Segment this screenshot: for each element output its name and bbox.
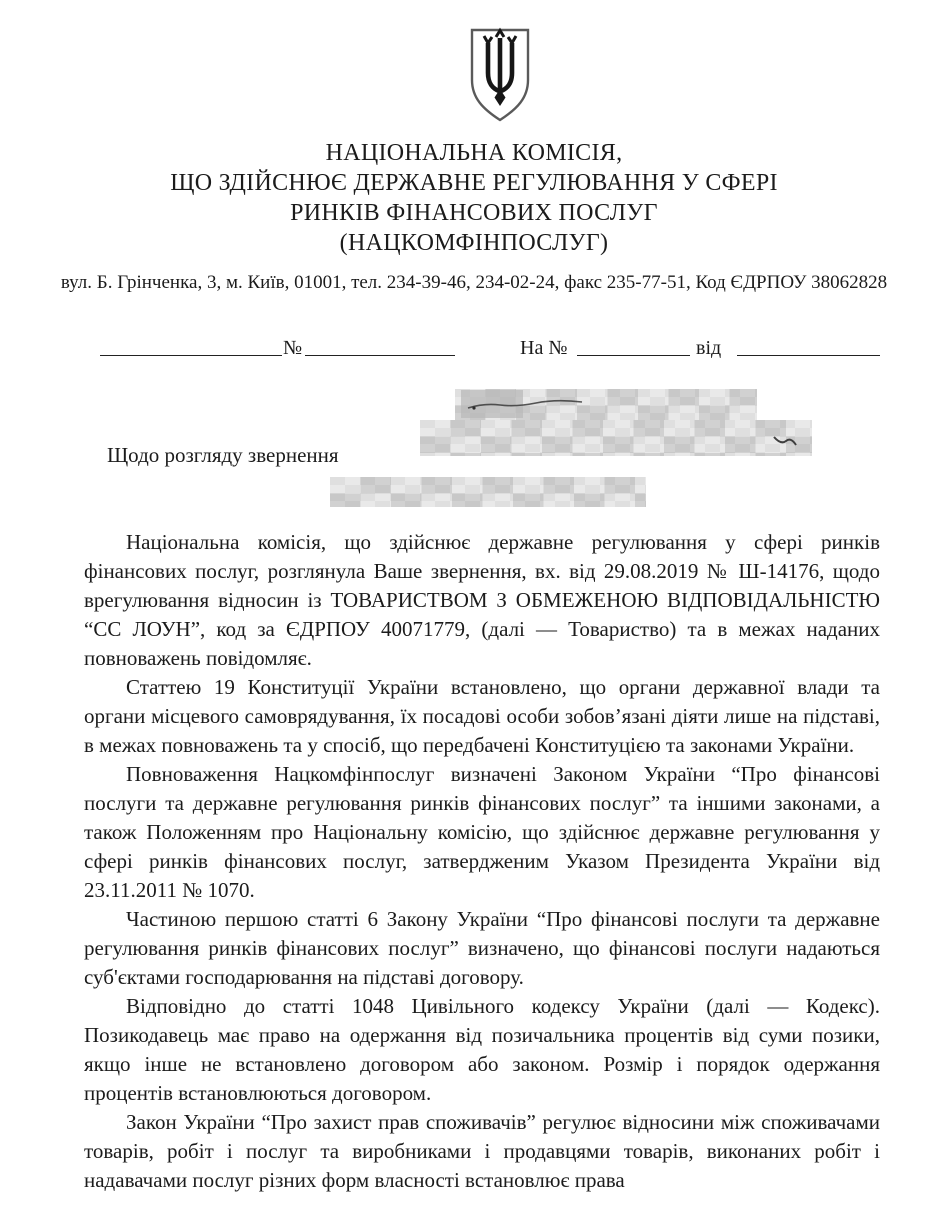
scanned-letter-page: НАЦІОНАЛЬНА КОМІСІЯ, ЩО ЗДІЙСНЮЄ ДЕРЖАВН… (0, 0, 948, 1225)
from-date-label: від (696, 337, 721, 360)
ukraine-trident-emblem (466, 26, 534, 131)
letterhead-title-line-1: НАЦІОНАЛЬНА КОМІСІЯ, (0, 138, 948, 168)
letterhead-title-line-3: РИНКІВ ФІНАНСОВИХ ПОСЛУГ (0, 198, 948, 228)
redacted-recipient-block-bottom (420, 420, 812, 456)
trident-shield-icon (466, 26, 534, 126)
body-paragraph-5: Відповідно до статті 1048 Цивільного код… (84, 992, 880, 1108)
on-number-blank-line (577, 355, 690, 356)
letter-body: Національна комісія, що здійснює державн… (84, 528, 880, 1195)
number-sign-label: № (283, 337, 302, 360)
pen-mark-squiggle (466, 399, 584, 411)
reference-line: № На № від (0, 330, 948, 364)
body-paragraph-6: Закон України “Про захист прав споживачі… (84, 1108, 880, 1195)
letterhead-address: вул. Б. Грінченка, 3, м. Київ, 01001, те… (0, 272, 948, 294)
body-paragraph-3: Повноваження Нацкомфінпослуг визначені З… (84, 760, 880, 905)
body-paragraph-4: Частиною першою статті 6 Закону України … (84, 905, 880, 992)
from-date-blank-line (737, 355, 880, 356)
pen-mark-tick (772, 433, 798, 449)
on-number-label: На № (520, 337, 567, 360)
letterhead-title: НАЦІОНАЛЬНА КОМІСІЯ, ЩО ЗДІЙСНЮЄ ДЕРЖАВН… (0, 138, 948, 258)
outgoing-number-blank-line (305, 355, 455, 356)
body-paragraph-1: Національна комісія, що здійснює державн… (84, 528, 880, 673)
outgoing-date-blank-line (100, 355, 282, 356)
subject-line: Щодо розгляду звернення (107, 443, 339, 468)
letterhead-title-line-4: (НАЦКОМФІНПОСЛУГ) (0, 228, 948, 258)
body-paragraph-2: Статтею 19 Конституції України встановле… (84, 673, 880, 760)
letterhead-title-line-2: ЩО ЗДІЙСНЮЄ ДЕРЖАВНЕ РЕГУЛЮВАННЯ У СФЕРІ (0, 168, 948, 198)
redacted-reference-block (330, 477, 646, 507)
